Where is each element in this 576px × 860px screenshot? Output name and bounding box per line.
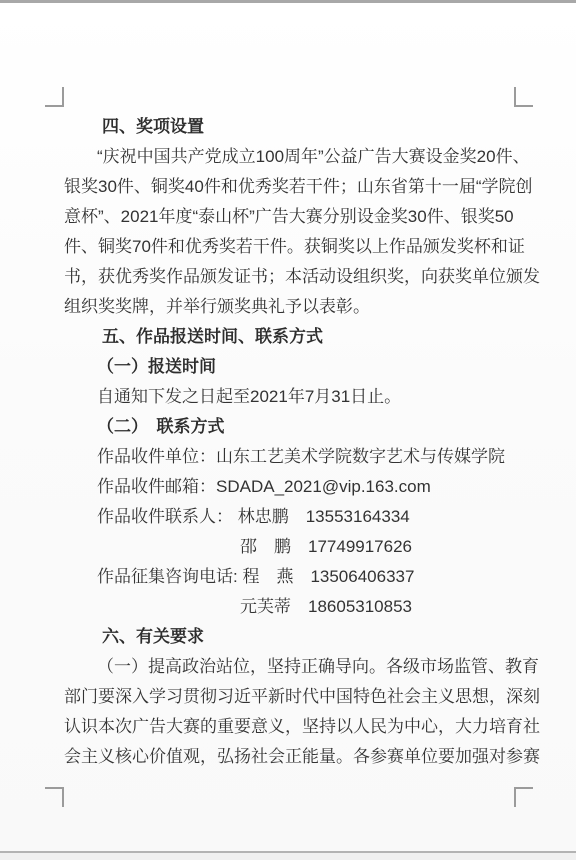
margin-mark-bottom-left: [45, 787, 64, 807]
section-4-heading: 四、奖项设置: [64, 112, 522, 142]
text-line: 认识本次广告大赛的重要意义，坚持以人民为中心，大力培育社: [64, 712, 522, 742]
inquiry-phone-line: 元芙蒂 18605310853: [64, 592, 522, 622]
document-page: 四、奖项设置 “庆祝中国共产党成立100周年”公益广告大赛设金奖20件、 银奖3…: [64, 112, 522, 772]
section-5-heading: 五、作品报送时间、联系方式: [64, 322, 522, 352]
section-6-heading: 六、有关要求: [64, 622, 522, 652]
text-line: 意杯”、2021年度“泰山杯”广告大赛分别设金奖30件、银奖50: [64, 202, 522, 232]
recipient-contact-line: 作品收件联系人： 林忠鹏 13553164334: [64, 502, 522, 532]
text-line: 书，获优秀奖作品颁发证书；本活动设组织奖，向获奖单位颁发: [64, 262, 522, 292]
margin-mark-bottom-right: [514, 787, 533, 807]
screen-top-edge-bar: [0, 0, 576, 3]
recipient-contact-line: 邵 鹏 17749917626: [64, 532, 522, 562]
text-line: “庆祝中国共产党成立100周年”公益广告大赛设金奖20件、: [64, 142, 522, 172]
text-line: 部门要深入学习贯彻习近平新时代中国特色社会主义思想，深刻: [64, 682, 522, 712]
deadline-line: 自通知下发之日起至2021年7月31日止。: [64, 382, 522, 412]
recipient-unit-line: 作品收件单位：山东工艺美术学院数字艺术与传媒学院: [64, 442, 522, 472]
subsection-1-heading: （一）报送时间: [64, 352, 522, 382]
text-line: （一）提高政治站位，坚持正确导向。各级市场监管、教育: [64, 652, 522, 682]
margin-mark-top-right: [514, 87, 533, 107]
subsection-2-heading: （二） 联系方式: [64, 412, 522, 442]
text-line: 组织奖奖牌，并举行颁奖典礼予以表彰。: [64, 292, 522, 322]
text-line: 件、铜奖70件和优秀奖若干件。获铜奖以上作品颁发奖杯和证: [64, 232, 522, 262]
text-line: 会主义核心价值观，弘扬社会正能量。各参赛单位要加强对参赛: [64, 742, 522, 772]
recipient-email-line: 作品收件邮箱：SDADA_2021@vip.163.com: [64, 472, 522, 502]
screen-bottom-edge-strip: [0, 853, 576, 860]
inquiry-phone-line: 作品征集咨询电话: 程 燕 13506406337: [64, 562, 522, 592]
text-line: 银奖30件、铜奖40件和优秀奖若干件；山东省第十一届“学院创: [64, 172, 522, 202]
margin-mark-top-left: [45, 87, 64, 107]
